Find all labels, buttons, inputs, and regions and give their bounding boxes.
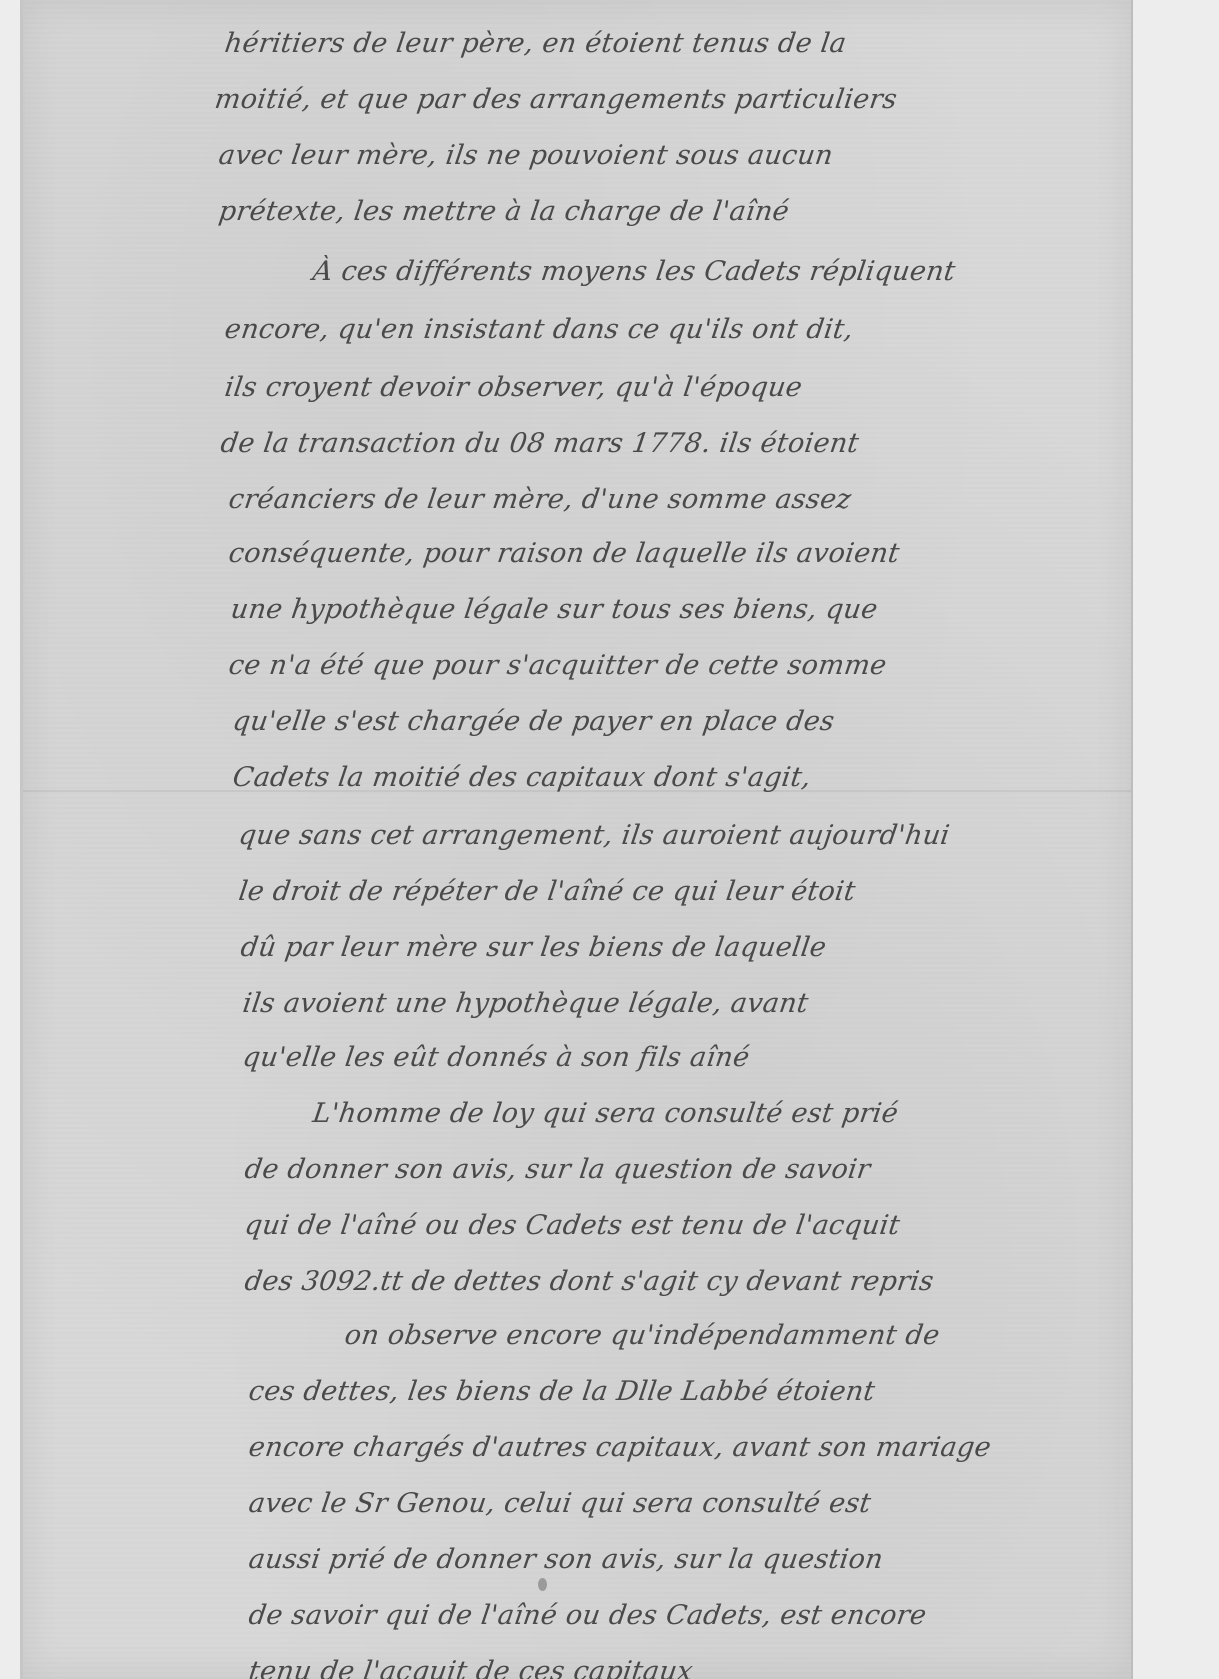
text-line: une hypothèque légale sur tous ses biens… xyxy=(229,594,880,625)
text-line: héritiers de leur père, en étoient tenus… xyxy=(223,28,849,59)
text-line: des 3092.tt de dettes dont s'agit cy dev… xyxy=(243,1266,936,1297)
text-line: conséquente, pour raison de laquelle ils… xyxy=(227,538,902,569)
text-line: le droit de répéter de l'aîné ce qui leu… xyxy=(237,876,858,907)
text-line: dû par leur mère sur les biens de laquel… xyxy=(239,932,829,963)
text-line: À ces différents moyens les Cadets répli… xyxy=(311,256,958,287)
text-line: qu'elle les eût donnés à son fils aîné xyxy=(241,1042,752,1073)
text-line: de savoir qui de l'aîné ou des Cadets, e… xyxy=(247,1600,929,1631)
text-line: ces dettes, les biens de la Dlle Labbé é… xyxy=(247,1376,877,1407)
text-line: moitié, et que par des arrangements part… xyxy=(213,84,899,115)
text-line: de la transaction du 08 mars 1778. ils é… xyxy=(219,428,861,459)
text-line: L'homme de loy qui sera consulté est pri… xyxy=(311,1098,900,1129)
text-line: avec le Sr Genou, celui qui sera consult… xyxy=(247,1488,873,1519)
text-line: encore, qu'en insistant dans ce qu'ils o… xyxy=(223,314,856,345)
text-line: qu'elle s'est chargée de payer en place … xyxy=(231,706,837,737)
text-line: aussi prié de donner son avis, sur la qu… xyxy=(247,1544,885,1575)
text-line: que sans cet arrangement, ils auroient a… xyxy=(237,820,952,851)
scanned-page: héritiers de leur père, en étoient tenus… xyxy=(0,0,1219,1679)
text-line: de donner son avis, sur la question de s… xyxy=(243,1154,873,1185)
text-line: tenu de l'acquit de ces capitaux xyxy=(247,1656,695,1679)
text-line: Cadets la moitié des capitaux dont s'agi… xyxy=(231,762,813,793)
text-line: on observe encore qu'indépendamment de xyxy=(343,1320,942,1351)
text-line: ce n'a été que pour s'acquitter de cette… xyxy=(227,650,889,681)
text-line: avec leur mère, ils ne pouvoient sous au… xyxy=(217,140,835,171)
text-line: qui de l'aîné ou des Cadets est tenu de … xyxy=(243,1210,902,1241)
text-line: encore chargés d'autres capitaux, avant … xyxy=(247,1432,993,1463)
ink-stain xyxy=(538,1578,547,1591)
text-line: créanciers de leur mère, d'une somme ass… xyxy=(227,484,853,515)
text-line: ils croyent devoir observer, qu'à l'époq… xyxy=(223,372,805,403)
text-line: ils avoient une hypothèque légale, avant xyxy=(241,988,811,1019)
text-line: prétexte, les mettre à la charge de l'aî… xyxy=(217,196,791,227)
